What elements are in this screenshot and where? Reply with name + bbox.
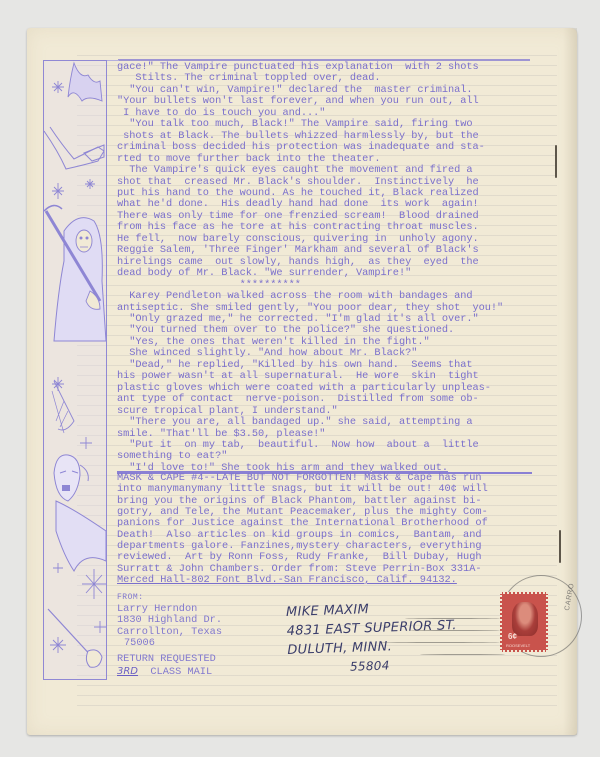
- cancellation-wave: [420, 654, 505, 655]
- story-text-block: gace!" The Vampire punctuated his explan…: [117, 62, 537, 474]
- cancellation-wave: [410, 630, 500, 631]
- recipient-address: MIKE MAXIM 4831 EAST SUPERIOR ST. DULUTH…: [286, 597, 459, 679]
- sender-zip: 75006: [117, 638, 222, 650]
- return-requested: RETURN REQUESTED: [117, 654, 222, 666]
- story-line: The Vampire's quick eyes caught the move…: [117, 165, 537, 176]
- mail-class: 3RD CLASS MAIL: [117, 666, 222, 679]
- story-line: Karey Pendleton walked across the room w…: [117, 291, 537, 302]
- star-icon: [52, 81, 64, 93]
- portrait-icon: [512, 602, 538, 636]
- stamp-denomination: 6¢: [508, 632, 517, 641]
- stamp-caption: ROOSEVELT: [506, 643, 530, 648]
- mask-and-cape-ad: MASK & CAPE #4--LATE BUT NOT FORGOTTEN! …: [117, 473, 537, 586]
- story-line: ant type of contact nerve-poison. Distil…: [117, 394, 537, 405]
- class-typed: CLASS MAIL: [150, 666, 212, 678]
- story-line: his power wasn't at all supernatural. He…: [117, 371, 537, 382]
- staple-top: [555, 145, 557, 178]
- class-handwritten: 3RD: [117, 666, 138, 677]
- cancellation-wave: [380, 642, 500, 643]
- return-address: FROM: Larry Herndon 1830 Highland Dr. Ca…: [117, 592, 222, 678]
- staple-bottom: [559, 530, 561, 563]
- story-line: "You talk too much, Black!" The Vampire …: [117, 119, 537, 130]
- cancellation-wave: [405, 618, 500, 619]
- from-label: FROM:: [117, 592, 222, 604]
- story-line: "There you are, all bandaged up." she sa…: [117, 417, 537, 428]
- story-line: Reggie Salem, 'Three Finger' Markham and…: [117, 245, 537, 256]
- ad-line: into manymanymany little snags, but it w…: [117, 484, 537, 495]
- story-line: dead body of Mr. Black. "We surrender, V…: [117, 268, 537, 279]
- vampire-illustration-icon: [44, 61, 106, 679]
- ad-line: Merced Hall-802 Font Blvd.-San Francisco…: [117, 575, 537, 586]
- postage-stamp: 6¢ ROOSEVELT: [500, 592, 548, 652]
- illustration-column: [43, 60, 107, 680]
- story-line: criminal boss decided his protection was…: [117, 142, 537, 153]
